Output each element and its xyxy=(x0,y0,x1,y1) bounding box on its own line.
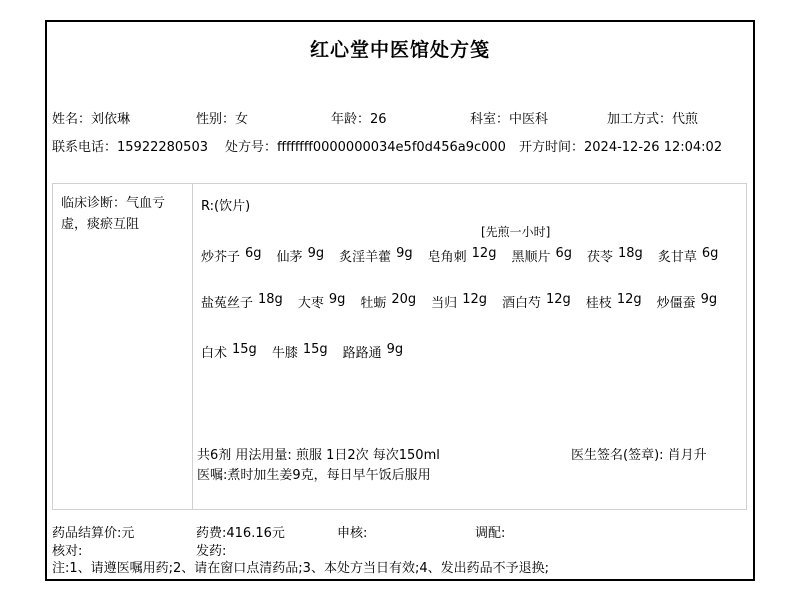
field-name-value: 刘依琳 xyxy=(91,112,130,127)
herb-item: 盐菟丝子18g xyxy=(201,292,283,311)
field-age-label: 年龄： xyxy=(331,112,370,127)
prescription-box: 临床诊断：气血亏虚，痰瘀互阻 R:(饮片) [先煎一小时] 炒芥子6g 仙茅9g… xyxy=(52,183,747,510)
herb-name: 路路通 xyxy=(343,342,382,361)
herb-row-2: 盐菟丝子18g 大枣9g 牡蛎20g 当归12g 酒白芍12g 桂枝12g 炒僵… xyxy=(201,292,717,311)
advice-line: 医嘱:煮时加生姜9克，每日早午饭后服用 xyxy=(197,466,440,486)
usage-label: 用法用量: xyxy=(235,448,291,463)
herb-name: 炒芥子 xyxy=(201,246,240,265)
field-rx-number-value: ffffffff0000000034e5f0d456a9c000 xyxy=(277,140,506,155)
fee-label: 药费: xyxy=(196,526,226,541)
field-processing-value: 代煎 xyxy=(672,112,698,127)
field-processing: 加工方式：代煎 xyxy=(607,108,698,127)
herb-dose: 9g xyxy=(396,246,413,265)
herb-name: 炒僵蚕 xyxy=(657,292,696,311)
usage-block: 共6剂 用法用量: 煎服 1日2次 每次150ml 医嘱:煮时加生姜9克，每日早… xyxy=(197,446,440,486)
field-rx-number-label: 处方号： xyxy=(225,140,277,155)
herb-dose: 18g xyxy=(258,292,283,311)
field-gender: 性别：女 xyxy=(196,108,248,127)
herb-name: 牛膝 xyxy=(272,342,298,361)
usage-line: 共6剂 用法用量: 煎服 1日2次 每次150ml xyxy=(197,446,440,466)
footer-note: 注:1、请遵医嘱用药;2、请在窗口点清药品;3、本处方当日有效;4、发出药品不予… xyxy=(52,557,549,576)
herb-item: 牡蛎20g xyxy=(360,292,416,311)
herb-dose: 6g xyxy=(702,246,719,265)
herb-item: 炙甘草6g xyxy=(658,246,719,265)
field-department: 科室：中医科 xyxy=(470,108,548,127)
field-rx-time-value: 2024-12-26 12:04:02 xyxy=(584,140,722,155)
field-gender-value: 女 xyxy=(235,112,248,127)
field-phone: 联系电话：15922280503 xyxy=(52,136,208,155)
advice-label: 医嘱: xyxy=(197,468,227,483)
rx-cell: R:(饮片) [先煎一小时] 炒芥子6g 仙茅9g 炙淫羊藿9g 皂角刺12g … xyxy=(193,184,746,509)
herb-dose: 15g xyxy=(232,342,257,361)
herb-dose: 6g xyxy=(555,246,572,265)
herb-item: 白术15g xyxy=(201,342,257,361)
herb-dose: 12g xyxy=(546,292,571,311)
herb-name: 茯苓 xyxy=(587,246,613,265)
field-name: 姓名：刘依琳 xyxy=(52,108,130,127)
herb-dose: 18g xyxy=(618,246,643,265)
herb-name: 仙茅 xyxy=(277,246,303,265)
field-processing-label: 加工方式： xyxy=(607,112,672,127)
herb-name: 当归 xyxy=(431,292,457,311)
herb-item: 黑顺片6g xyxy=(511,246,572,265)
herb-item: 桂枝12g xyxy=(586,292,642,311)
herb-name: 酒白芍 xyxy=(502,292,541,311)
field-age-value: 26 xyxy=(370,112,387,127)
herb-name: 桂枝 xyxy=(586,292,612,311)
page-title: 红心堂中医馆处方笺 xyxy=(0,35,800,62)
herb-item: 炒僵蚕9g xyxy=(657,292,718,311)
signature-label: 医生签名(签章): xyxy=(571,448,664,463)
herb-name: 牡蛎 xyxy=(360,292,386,311)
field-age: 年龄：26 xyxy=(331,108,387,127)
herb-name: 黑顺片 xyxy=(511,246,550,265)
diagnosis-cell: 临床诊断：气血亏虚，痰瘀互阻 xyxy=(53,184,193,509)
settle-price: 药品结算价:元 xyxy=(52,522,134,541)
field-department-value: 中医科 xyxy=(509,112,548,127)
signature-value: 肖月升 xyxy=(668,448,707,463)
herb-name: 皂角刺 xyxy=(428,246,467,265)
prescription-page: 红心堂中医馆处方笺 姓名：刘依琳 性别：女 年龄：26 科室：中医科 加工方式：… xyxy=(0,0,800,600)
herb-item: 皂角刺12g xyxy=(428,246,497,265)
fee: 药费:416.16元 xyxy=(196,522,285,541)
field-name-label: 姓名： xyxy=(52,112,91,127)
herb-item: 大枣9g xyxy=(298,292,346,311)
herb-row-1: 炒芥子6g 仙茅9g 炙淫羊藿9g 皂角刺12g 黑顺片6g 茯苓18g 炙甘草… xyxy=(201,246,718,265)
herb-item: 酒白芍12g xyxy=(502,292,571,311)
herb-dose: 20g xyxy=(391,292,416,311)
herb-name: 大枣 xyxy=(298,292,324,311)
doctor-signature: 医生签名(签章): 肖月升 xyxy=(571,446,721,466)
herb-dose: 15g xyxy=(303,342,328,361)
herb-row-3: 白术15g 牛膝15g 路路通9g xyxy=(201,342,403,361)
dispense-field: 调配: xyxy=(475,522,505,541)
field-department-label: 科室： xyxy=(470,112,509,127)
herb-item: 仙茅9g xyxy=(277,246,325,265)
herb-item: 当归12g xyxy=(431,292,487,311)
herb-item: 牛膝15g xyxy=(272,342,328,361)
rx-header: R:(饮片) xyxy=(201,195,250,214)
herb-dose: 9g xyxy=(329,292,346,311)
field-phone-label: 联系电话： xyxy=(52,140,117,155)
field-rx-time: 开方时间：2024-12-26 12:04:02 xyxy=(519,136,722,155)
herb-item: 炒芥子6g xyxy=(201,246,262,265)
herb-dose: 12g xyxy=(617,292,642,311)
herb-dose: 12g xyxy=(472,246,497,265)
herb-dose: 9g xyxy=(387,342,404,361)
field-rx-number: 处方号：ffffffff0000000034e5f0d456a9c000 xyxy=(225,136,506,155)
decoction-note: [先煎一小时] xyxy=(481,223,550,240)
herb-name: 炙淫羊藿 xyxy=(339,246,391,265)
herb-dose: 9g xyxy=(701,292,718,311)
review-field: 申核: xyxy=(337,522,367,541)
herb-dose: 12g xyxy=(462,292,487,311)
field-gender-label: 性别： xyxy=(196,112,235,127)
herb-item: 茯苓18g xyxy=(587,246,643,265)
herb-dose: 9g xyxy=(308,246,325,265)
settle-price-label: 药品结算价: xyxy=(52,526,121,541)
herb-dose: 6g xyxy=(245,246,262,265)
herb-name: 白术 xyxy=(201,342,227,361)
advice-value: 煮时加生姜9克，每日早午饭后服用 xyxy=(227,468,430,483)
herb-item: 路路通9g xyxy=(343,342,404,361)
field-phone-value: 15922280503 xyxy=(117,140,208,155)
usage-value: 煎服 1日2次 每次150ml xyxy=(296,448,440,463)
diagnosis-label: 临床诊断： xyxy=(61,196,126,211)
dose-count: 共6剂 xyxy=(197,448,231,463)
fee-value: 416.16元 xyxy=(226,526,285,541)
settle-price-value: 元 xyxy=(121,526,134,541)
field-rx-time-label: 开方时间： xyxy=(519,140,584,155)
herb-name: 炙甘草 xyxy=(658,246,697,265)
herb-item: 炙淫羊藿9g xyxy=(339,246,413,265)
herb-name: 盐菟丝子 xyxy=(201,292,253,311)
